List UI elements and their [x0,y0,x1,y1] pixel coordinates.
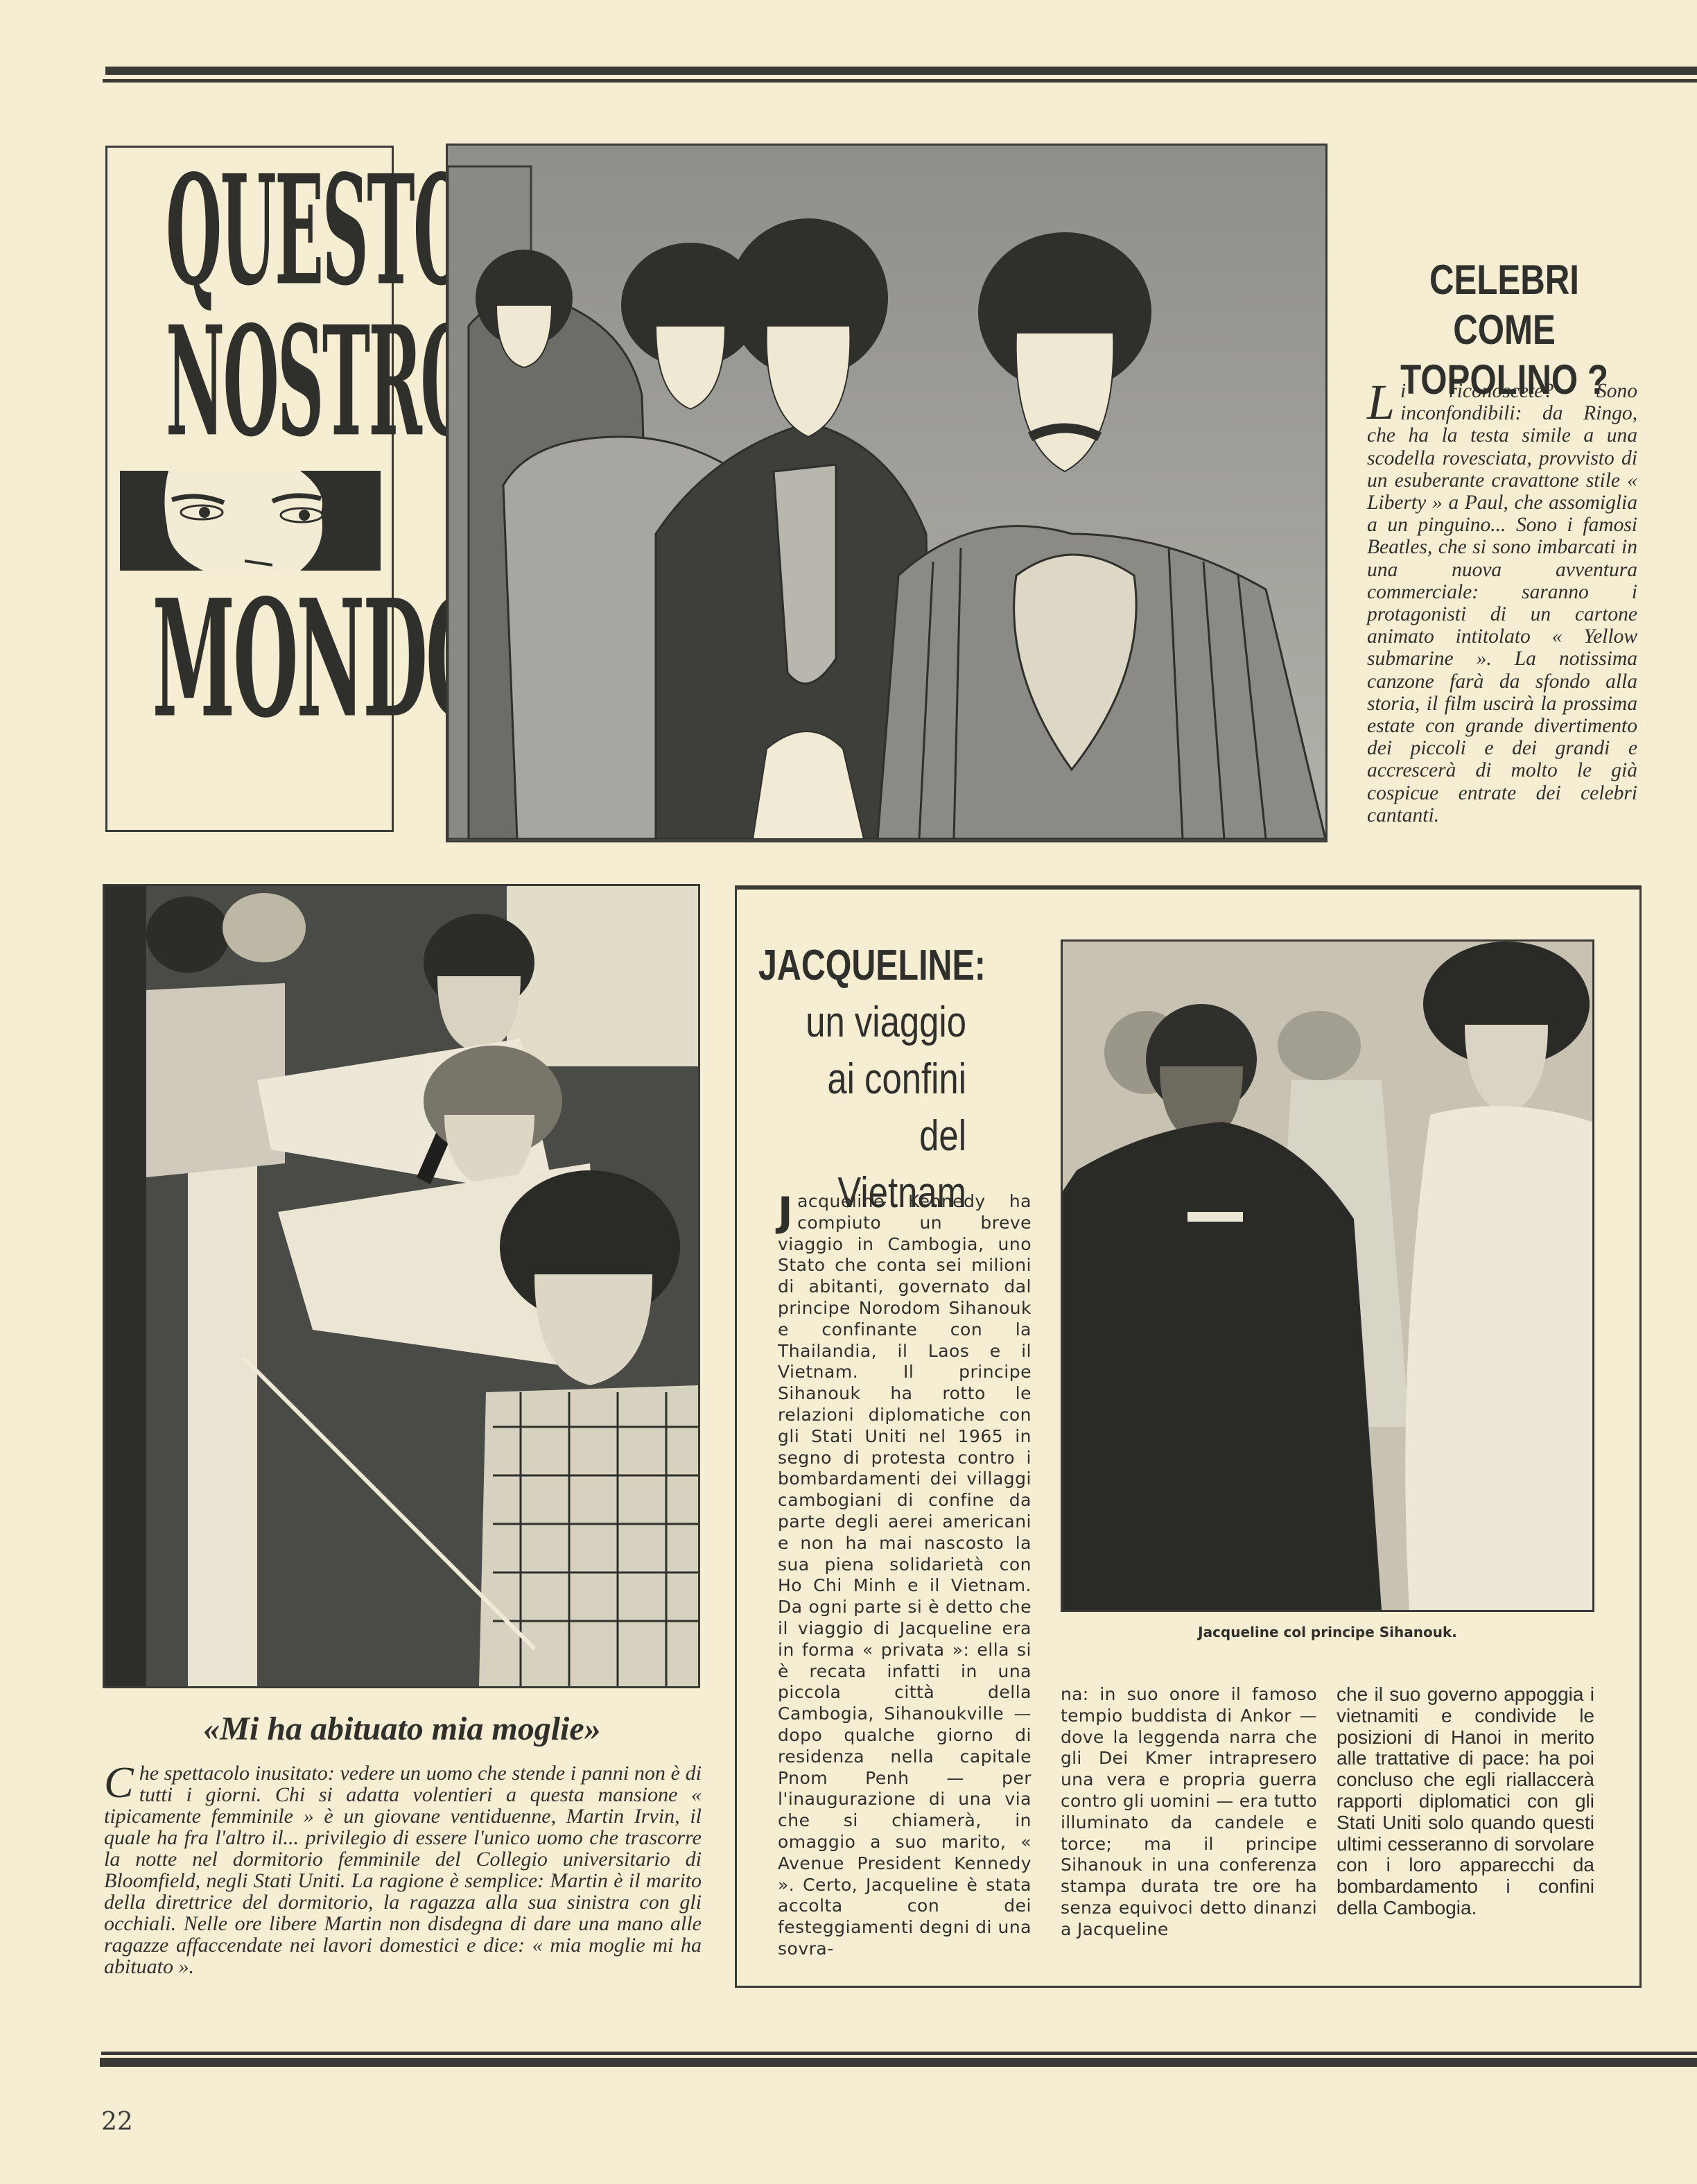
bottom-rule-thick [100,2058,1697,2067]
masthead-word-questo: QUESTO [166,150,333,311]
body-text: acqueline Kennedy ha compiuto un breve v… [778,1191,1032,1959]
masthead-word-nostro: NOSTRO [166,302,333,462]
jacqueline-article-column-2: na: in suo onore il famoso tempio buddis… [1061,1684,1317,1941]
dropcap: C [104,1764,139,1801]
bottom-rule-thin [101,2052,1697,2055]
laundry-article-body: C he spettacolo inusitato: vedere un uom… [104,1762,702,1977]
laundry-photo-image [103,884,700,1688]
body-text: he spettacolo inusitato: vedere un uomo … [104,1762,702,1978]
beatles-article-body: L i riconoscete? Sono inconfondibili: da… [1367,380,1637,826]
beatles-cartoon-image [446,144,1328,842]
jacqueline-photo-caption: Jacqueline col principe Sihanouk. [1061,1624,1594,1640]
laundry-scene-icon [105,886,698,1686]
title-line-2: un viaggio [796,994,966,1051]
page-number: 22 [101,2108,133,2136]
section-masthead: QUESTO NOSTRO MONDO [105,146,394,832]
top-rule-thin [103,79,1697,83]
dropcap: L [1367,383,1400,422]
jacqueline-article-title: JACQUELINE: un viaggio ai confini del Vi… [758,937,966,1222]
beatles-illustration-icon [448,146,1325,840]
laundry-article-headline: «Mi ha abituato mia moglie» [104,1710,700,1748]
jacqueline-article-column-3: che il suo governo appoggia i vietnamiti… [1337,1684,1594,1919]
title-line-1: JACQUELINE: [758,937,921,994]
jacqueline-article-column-1: J acqueline Kennedy ha compiuto un breve… [778,1191,1032,1960]
dropcap: J [778,1194,797,1230]
eyes-graphic-icon [120,471,381,571]
body-text: i riconoscete? Sono inconfondibili: da R… [1367,380,1637,826]
title-line-1: CELEBRI COME [1385,255,1624,355]
masthead-word-mondo: MONDO [153,573,347,745]
masthead-eyes-image [120,471,381,571]
jacqueline-sihanouk-photo [1061,939,1594,1612]
title-line-3: ai confini [796,1051,966,1108]
jacqueline-sihanouk-scene-icon [1063,942,1592,1610]
top-rule-thick [105,67,1697,75]
